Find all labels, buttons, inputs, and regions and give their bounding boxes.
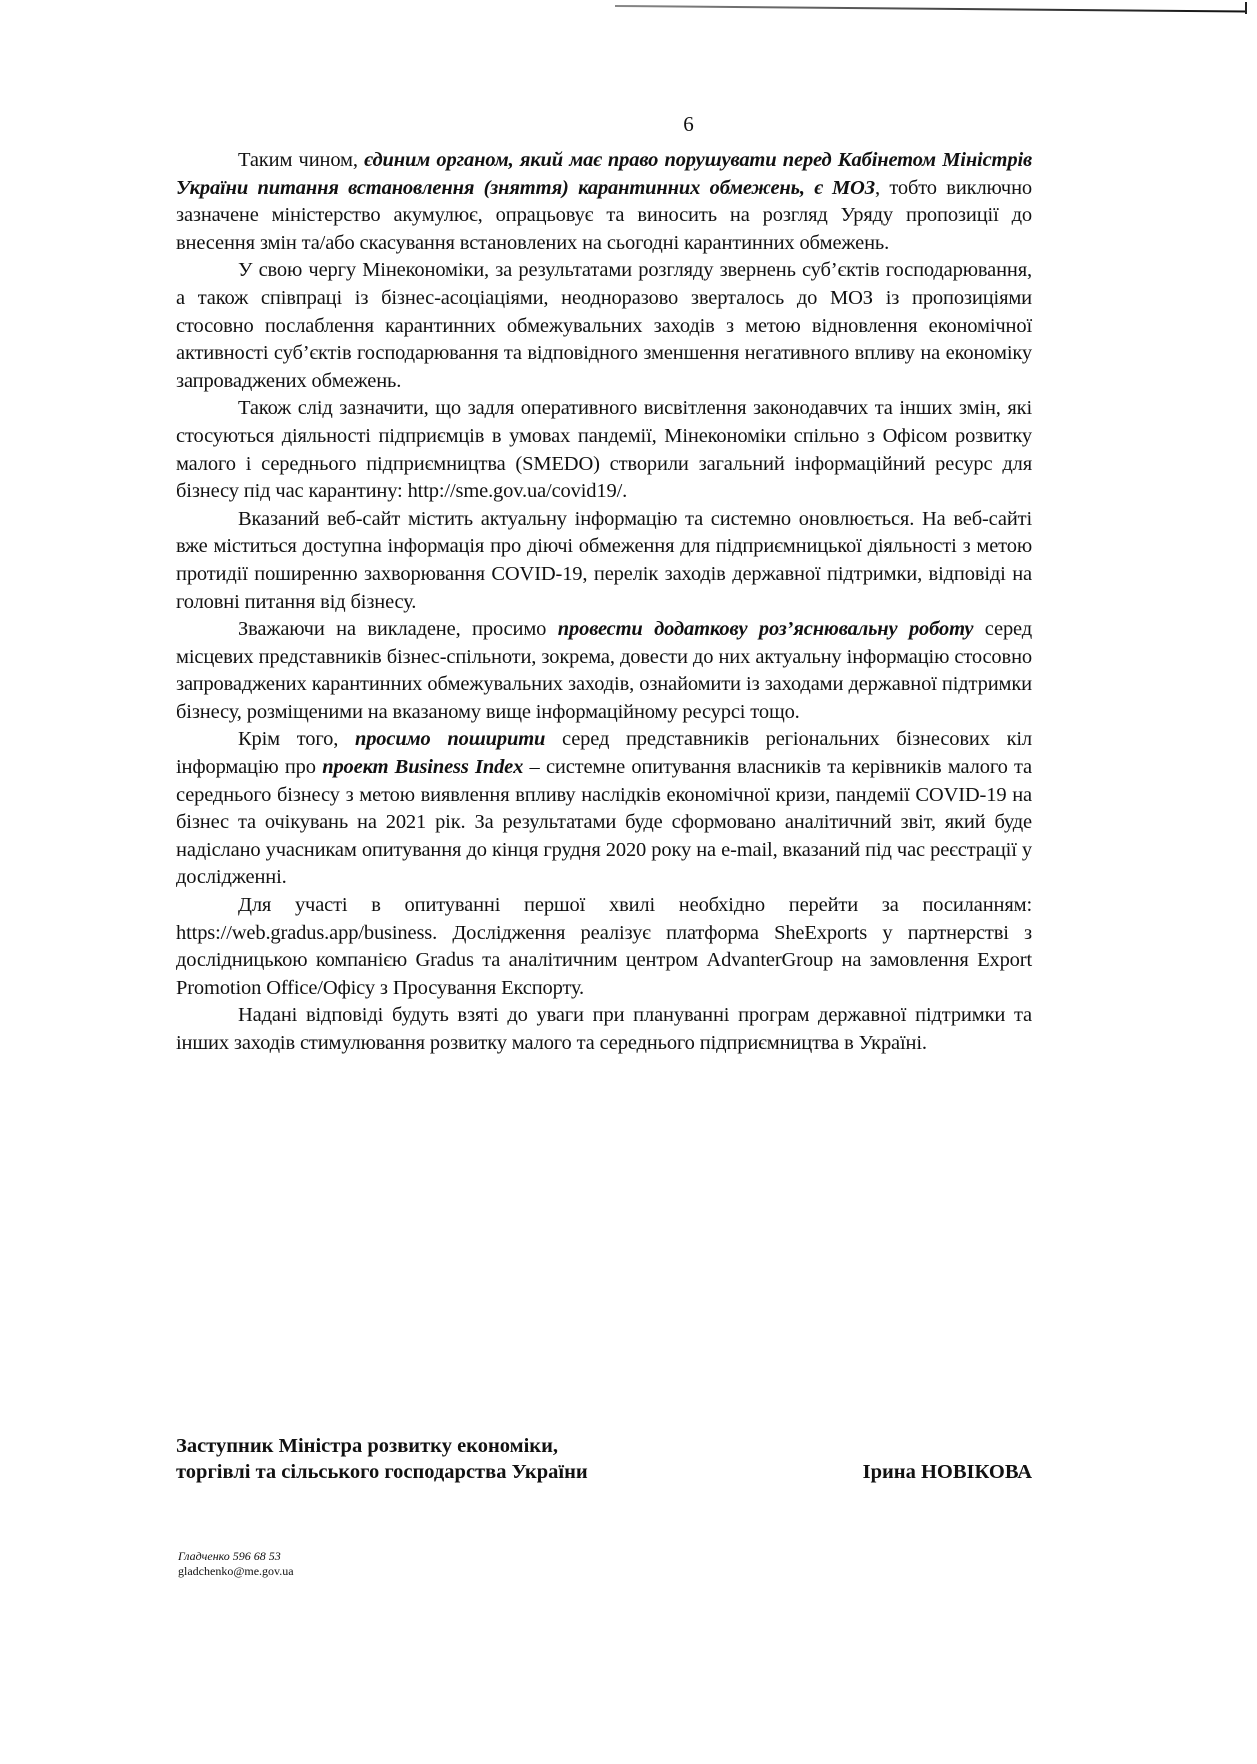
paragraph-mineconomy-appeals: У свою чергу Мінекономіки, за результата… xyxy=(176,257,1032,395)
letter-body: Таким чином, єдиним органом, який має пр… xyxy=(176,147,1032,1058)
executor-email: gladchenko@me.gov.ua xyxy=(178,1564,294,1579)
text-segment: Таким чином, xyxy=(238,149,364,171)
text-segment: Зважаючи на викладене, просимо xyxy=(238,618,558,640)
signature-block: Заступник Міністра розвитку економіки, т… xyxy=(176,1433,1032,1485)
paragraph-request-outreach: Зважаючи на викладене, просимо провести … xyxy=(176,616,1032,726)
scan-artifact-line xyxy=(615,5,1247,13)
executor-contact: Гладченко 596 68 53 gladchenko@me.gov.ua xyxy=(178,1549,294,1579)
page-number: 6 xyxy=(0,112,1257,137)
signatory-name: Ірина НОВІКОВА xyxy=(863,1459,1032,1485)
scan-artifact-tick xyxy=(1245,2,1247,14)
emphasis-outreach: провести додаткову роз’яснювальну роботу xyxy=(558,618,974,640)
text-segment: Для участі в опитуванні першої хвилі нео… xyxy=(176,894,1032,999)
text-segment: Крім того, xyxy=(238,728,355,750)
text-segment: У свою чергу Мінекономіки, за результата… xyxy=(176,259,1032,391)
paragraph-closing: Надані відповіді будуть взяті до уваги п… xyxy=(176,1002,1032,1057)
executor-name-phone: Гладченко 596 68 53 xyxy=(178,1549,294,1564)
paragraph-info-resource: Також слід зазначити, що задля оперативн… xyxy=(176,395,1032,505)
paragraph-business-index: Крім того, просимо поширити серед предст… xyxy=(176,726,1032,892)
text-segment: Надані відповіді будуть взяті до уваги п… xyxy=(176,1004,1032,1054)
emphasis-spread: просимо поширити xyxy=(355,728,545,750)
paragraph-website-content: Вказаний веб-сайт містить актуальну інфо… xyxy=(176,506,1032,616)
text-segment: Також слід зазначити, що задля оперативн… xyxy=(176,397,1032,502)
emphasis-business-index: проект Business Index xyxy=(322,756,523,778)
signatory-title-line1: Заступник Міністра розвитку економіки, xyxy=(176,1433,1032,1459)
paragraph-survey-participation: Для участі в опитуванні першої хвилі нео… xyxy=(176,892,1032,1002)
paragraph-moz-authority: Таким чином, єдиним органом, який має пр… xyxy=(176,147,1032,257)
text-segment: Вказаний веб-сайт містить актуальну інфо… xyxy=(176,508,1032,613)
